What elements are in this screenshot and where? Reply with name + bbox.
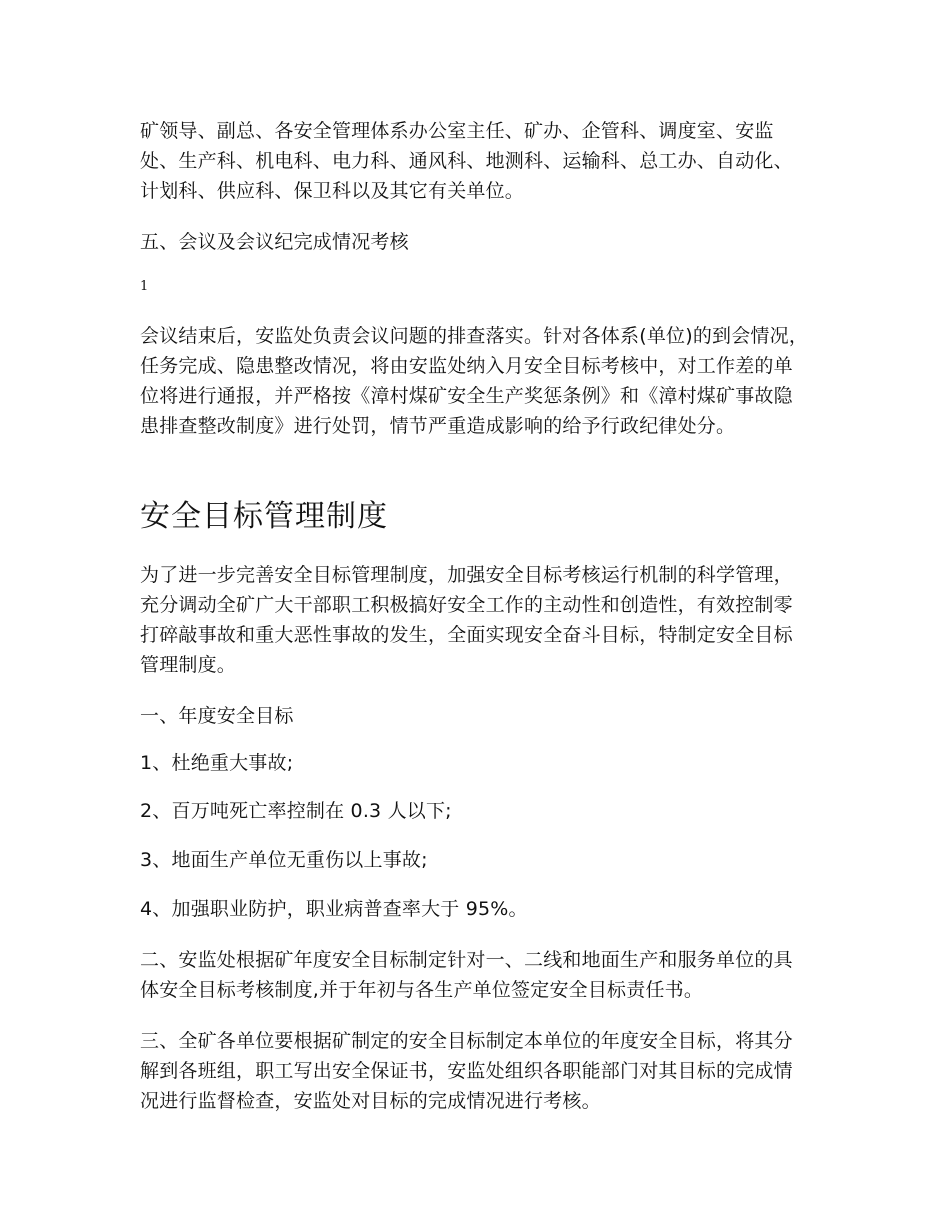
- paragraph-intro: 为了进一步完善安全目标管理制度，加强安全目标考核运行机制的科学管理，充分调动全矿…: [140, 560, 810, 680]
- paragraph-section-two: 二、安监处根据矿年度安全目标制定针对一、二线和地面生产和服务单位的具体安全目标考…: [140, 945, 810, 1005]
- paragraph-section-three: 三、全矿各单位要根据矿制定的安全目标制定本单位的年度安全目标，将其分解到各班组，…: [140, 1026, 810, 1116]
- paragraph-assessment: 会议结束后，安监处负责会议问题的排查落实。针对各体系(单位)的到会情况，任务完成…: [140, 321, 810, 441]
- section-five-title: 五、会议及会议纪完成情况考核: [140, 227, 810, 257]
- goal-item: 4、加强职业防护，职业病普查率大于 95%。: [140, 894, 810, 924]
- section-heading: 安全目标管理制度: [140, 497, 388, 537]
- goal-item: 1、杜绝重大事故;: [140, 748, 810, 778]
- goal-item: 2、百万吨死亡率控制在 0.3 人以下;: [140, 796, 810, 826]
- goal-item: 3、地面生产单位无重伤以上事故;: [140, 845, 810, 875]
- section-one-title: 一、年度安全目标: [140, 701, 810, 731]
- page-number: 1: [140, 279, 148, 294]
- paragraph-units: 矿领导、副总、各安全管理体系办公室主任、矿办、企管科、调度室、安监处、生产科、机…: [140, 116, 810, 206]
